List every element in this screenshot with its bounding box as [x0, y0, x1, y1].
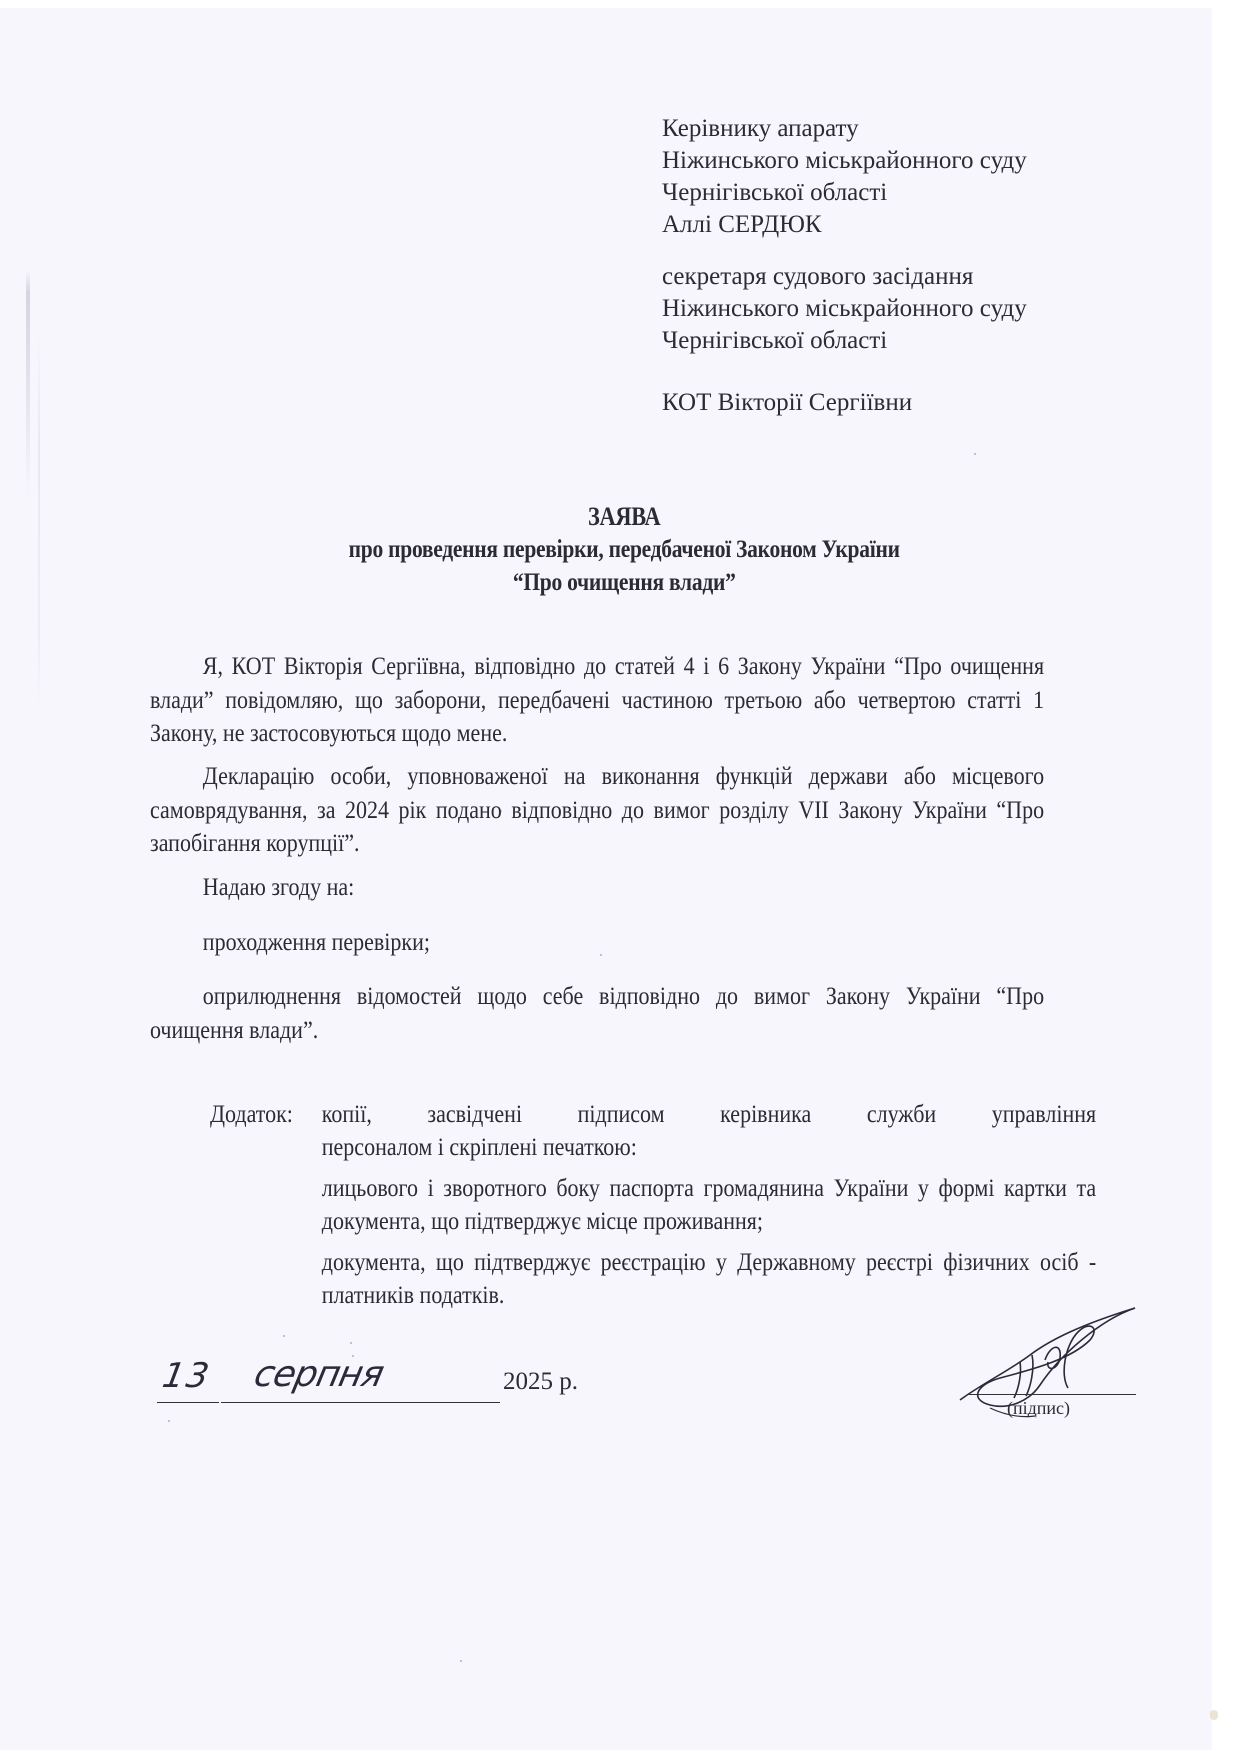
document-title: ЗАЯВА про проведення перевірки, передбач…: [91, 500, 1157, 599]
recipient-block: Керівнику апарату Ніжинського міськрайон…: [662, 113, 1027, 241]
appendix-label: Додаток:: [210, 1098, 322, 1131]
sender-position-block: секретаря судового засідання Ніжинського…: [662, 261, 1027, 357]
recipient-line: Чернігівської області: [662, 177, 1027, 209]
sender-name-block: КОТ Вікторії Сергіївни: [662, 387, 1027, 419]
scan-speck: [350, 1342, 352, 1344]
scan-stain: [1210, 1710, 1218, 1720]
body-paragraph: Декларацію особи, уповноваженої на викон…: [150, 760, 1044, 861]
scan-streak: [26, 270, 30, 500]
date-year: 2025 р.: [503, 1368, 578, 1396]
scan-speck: [500, 810, 502, 812]
handwritten-date-day: 13: [159, 1356, 213, 1396]
scan-speck: [974, 453, 976, 455]
scan-streak: [38, 330, 40, 710]
sender-name: КОТ Вікторії Сергіївни: [662, 387, 1027, 419]
sender-position-line: секретаря судового засідання: [662, 261, 1027, 293]
handwritten-date-month: серпня: [251, 1354, 387, 1395]
appendix-item: лицьового і зворотного боку паспорта гро…: [322, 1172, 1096, 1238]
scan-speck: [352, 1355, 354, 1357]
sender-position-line: Ніжинського міськрайонного суду: [662, 293, 1027, 325]
appendix-intro-continuation: персоналом і скріплені печаткою:: [210, 1131, 1096, 1164]
date-day-underline: [157, 1402, 219, 1403]
title-line: ЗАЯВА: [91, 500, 1157, 533]
scan-speck: [600, 954, 602, 956]
consent-intro: Надаю згоду на:: [150, 871, 1044, 905]
signature-line: [968, 1394, 1136, 1395]
recipient-line: Ніжинського міськрайонного суду: [662, 145, 1027, 177]
recipient-name: Аллі СЕРДЮК: [662, 209, 1027, 241]
consent-item: оприлюднення відомостей щодо себе відпов…: [150, 980, 1044, 1047]
signature-caption: (підпис): [1007, 1398, 1070, 1419]
appendix-block: Додаток: копії, засвідчені підписом кері…: [210, 1098, 1096, 1312]
addressee-block: Керівнику апарату Ніжинського міськрайон…: [662, 113, 1027, 437]
scan-speck: [283, 1335, 285, 1337]
title-law-name: “Про очищення влади”: [91, 566, 1157, 599]
sender-position-line: Чернігівської області: [662, 325, 1027, 357]
scan-speck: [168, 1420, 170, 1422]
recipient-line: Керівнику апарату: [662, 113, 1027, 145]
appendix-header-row: Додаток: копії, засвідчені підписом кері…: [210, 1098, 1096, 1131]
body-paragraph: Я, КОТ Вікторія Сергіївна, відповідно до…: [150, 650, 1044, 751]
date-month-underline: [221, 1402, 500, 1403]
scan-speck: [460, 1660, 462, 1662]
consent-item: проходження перевірки;: [150, 926, 1044, 960]
appendix-intro: копії, засвідчені підписом керівника слу…: [322, 1098, 1096, 1131]
title-subject-line: про проведення перевірки, передбаченої З…: [91, 533, 1157, 566]
